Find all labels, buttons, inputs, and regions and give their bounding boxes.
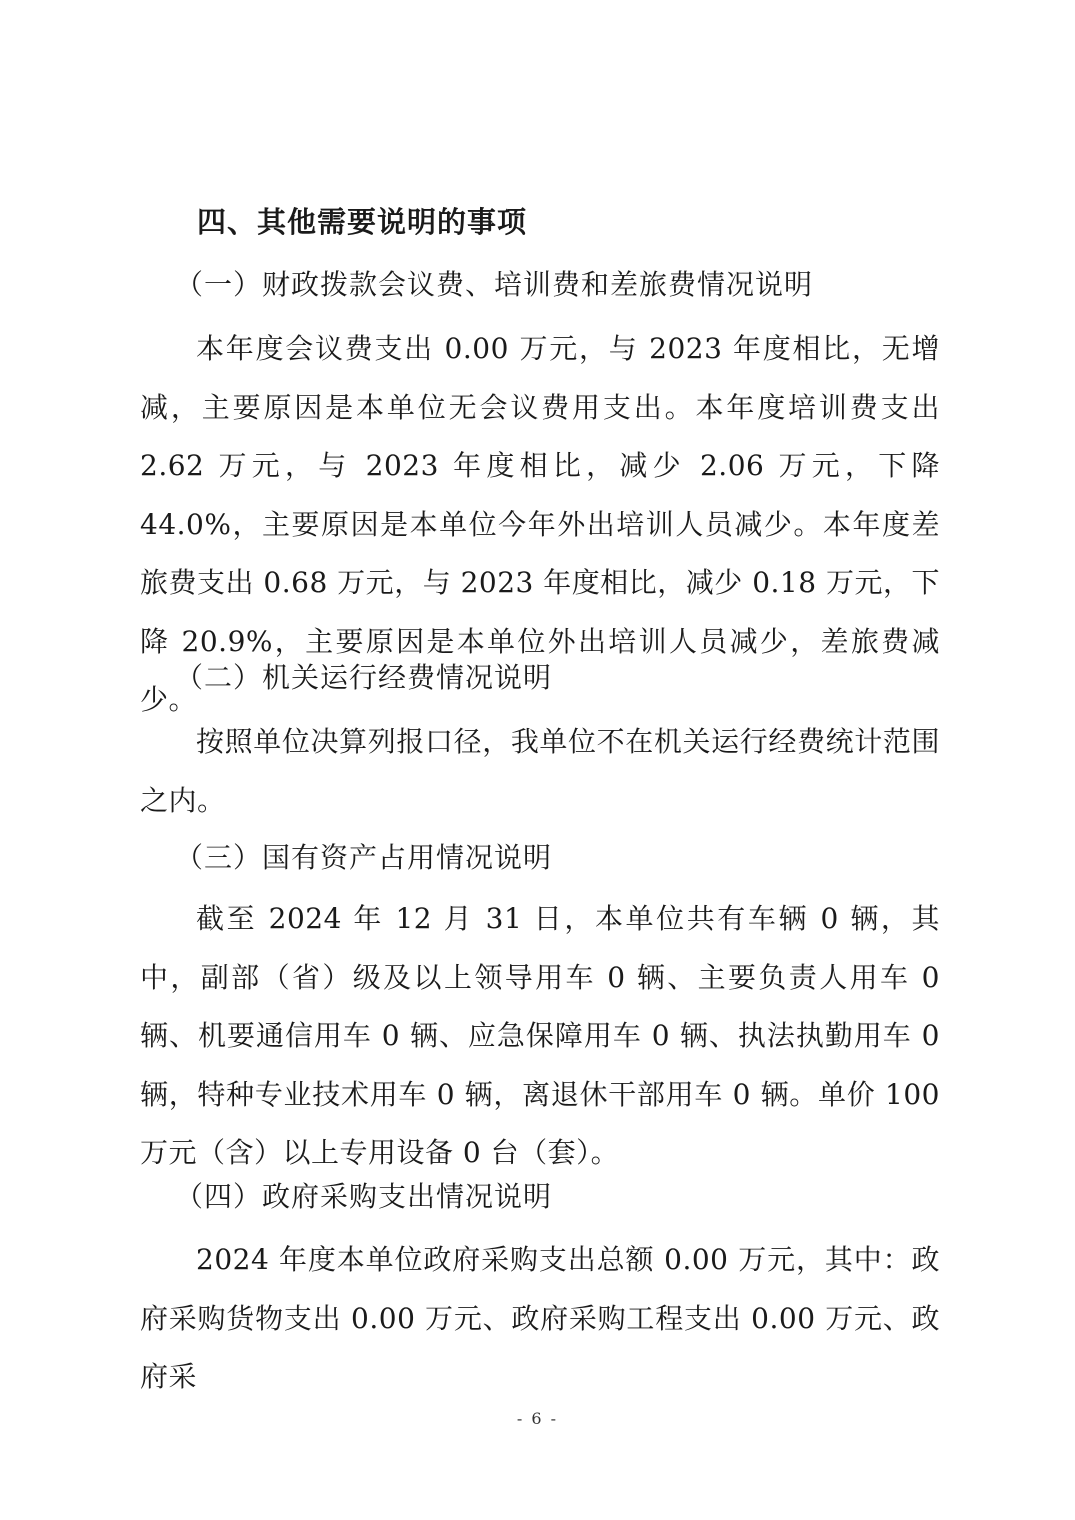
document-page: 四、其他需要说明的事项 （一）财政拨款会议费、培训费和差旅费情况说明 本年度会议… — [0, 0, 1075, 1520]
subsection-title-state-assets: （三）国有资产占用情况说明 — [175, 836, 552, 880]
subsection-title-government-procurement: （四）政府采购支出情况说明 — [175, 1175, 552, 1219]
subsection-title-operating-expenses: （二）机关运行经费情况说明 — [175, 656, 552, 700]
page-number: - 6 - — [0, 1409, 1075, 1428]
section-heading: 四、其他需要说明的事项 — [197, 200, 527, 244]
paragraph-government-procurement: 2024 年度本单位政府采购支出总额 0.00 万元，其中：政府采购货物支出 0… — [140, 1231, 940, 1407]
subsection-title-meeting-training-travel: （一）财政拨款会议费、培训费和差旅费情况说明 — [175, 263, 813, 307]
paragraph-operating-expenses: 按照单位决算列报口径，我单位不在机关运行经费统计范围之内。 — [140, 713, 940, 830]
paragraph-state-assets: 截至 2024 年 12 月 31 日，本单位共有车辆 0 辆，其中，副部（省）… — [140, 890, 940, 1183]
